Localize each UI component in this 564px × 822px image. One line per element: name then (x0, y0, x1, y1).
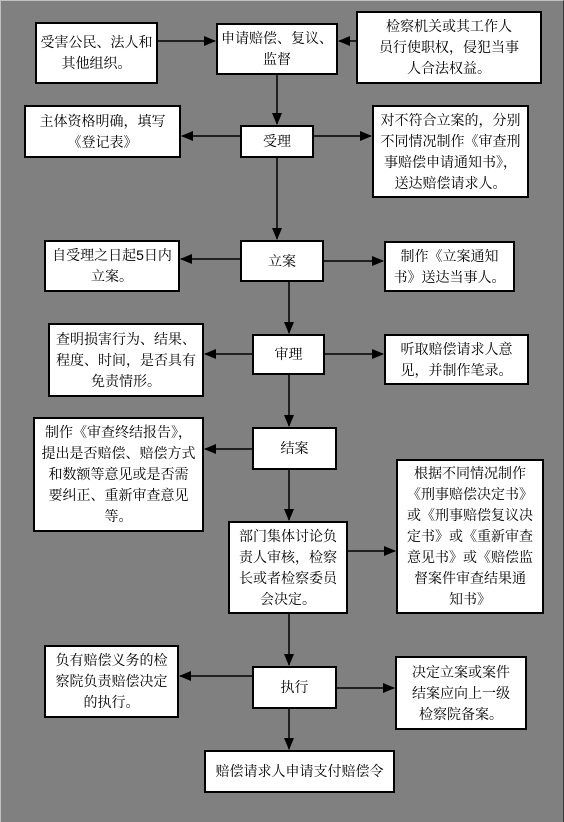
node-not-file-line: 对不符合立案的，分别 (381, 110, 521, 131)
node-org-infringe-line: 人合法权益。 (407, 58, 491, 79)
node-file-5days-line: 自受理之日起5日内 (52, 245, 172, 266)
node-report-line: 和数额等意见或是否需 (49, 464, 189, 485)
node-decision-docs-line: 督案件审查结果通 (414, 568, 526, 589)
node-record-line: 检察院备案。 (419, 704, 503, 725)
node-accept-line: 受理 (263, 131, 291, 152)
node-decision-docs-line: 《刑事赔偿决定书》 (407, 484, 533, 505)
node-hear-opinion-line: 见，并制作笔录。 (401, 360, 513, 381)
node-record: 决定立案或案件结案应向上一级检察院备案。 (395, 656, 527, 730)
node-file: 立案 (240, 240, 324, 282)
node-discuss: 部门集体讨论负责人审核，检察长或者检察委员会决定。 (228, 521, 348, 614)
node-discuss-line: 长或者检察委员 (239, 568, 337, 589)
node-record-line: 决定立案或案件 (412, 662, 510, 683)
node-close-line: 结案 (281, 438, 309, 459)
node-not-file: 对不符合立案的，分别不同情况制作《审查刑事赔偿申请通知书》，送达赔偿请求人。 (372, 105, 529, 198)
node-decision-docs: 根据不同情况制作《刑事赔偿决定书》或《刑事赔偿复议决定书》或《重新审查意见书》或… (396, 459, 544, 614)
node-not-file-line: 送达赔偿请求人。 (395, 173, 507, 194)
node-victims-line: 其他组织。 (62, 53, 132, 74)
node-apply-line: 申请赔偿、复议、 (221, 28, 333, 49)
node-not-file-line: 不同情况制作《审查刑 (381, 131, 521, 152)
node-qualification-line: 《登记表》 (68, 132, 138, 153)
node-review: 审理 (252, 334, 325, 375)
node-qualification: 主体资格明确，填写《登记表》 (24, 105, 181, 158)
node-decision-docs-line: 定书》或《重新审查 (407, 526, 533, 547)
node-investigate-line: 程度、时间，是否具有 (56, 350, 196, 371)
node-decision-docs-line: 根据不同情况制作 (414, 463, 526, 484)
node-accept: 受理 (240, 125, 314, 158)
node-victims-line: 受害公民、法人和 (41, 32, 153, 53)
flowchart-canvas: 受害公民、法人和其他组织。申请赔偿、复议、监督检察机关或其工作人员行使职权，侵犯… (0, 0, 564, 822)
node-execute-org: 负有赔偿义务的检察院负责赔偿决定的执行。 (44, 645, 179, 718)
node-org-infringe-line: 员行使职权，侵犯当事 (379, 37, 519, 58)
node-decision-docs-line: 或《刑事赔偿复议决 (407, 505, 533, 526)
node-record-line: 结案应向上一级 (412, 683, 510, 704)
node-org-infringe: 检察机关或其工作人员行使职权，侵犯当事人合法权益。 (356, 11, 542, 84)
node-discuss-line: 会决定。 (260, 589, 316, 610)
node-review-line: 审理 (275, 344, 303, 365)
node-execute: 执行 (252, 666, 337, 709)
node-report-line: 要纠正、重新审查意见 (49, 485, 189, 506)
node-file-notice-line: 制作《立案通知 (401, 246, 499, 267)
node-file-5days-line: 立案。 (91, 266, 133, 287)
node-report-line: 制作《审查终结报告》， (45, 422, 192, 443)
node-qualification-line: 主体资格明确，填写 (40, 111, 166, 132)
node-execute-org-line: 的执行。 (84, 692, 140, 713)
node-file-notice: 制作《立案通知书》送达当事人。 (384, 241, 515, 292)
node-investigate-line: 查明损害行为、结果、 (56, 329, 196, 350)
node-report: 制作《审查终结报告》，提出是否赔偿、赔偿方式和数额等意见或是否需要纠正、重新审查… (33, 417, 204, 532)
node-report-line: 提出是否赔偿、赔偿方式 (42, 443, 196, 464)
node-execute-org-line: 负有赔偿义务的检 (56, 650, 168, 671)
node-payment-order-line: 赔偿请求人申请支付赔偿令 (216, 761, 384, 782)
node-org-infringe-line: 检察机关或其工作人 (386, 16, 512, 37)
node-execute-line: 执行 (281, 677, 309, 698)
node-apply-line: 监督 (263, 49, 291, 70)
node-discuss-line: 部门集体讨论负 (239, 526, 337, 547)
node-decision-docs-line: 意见书》或《赔偿监 (407, 547, 533, 568)
node-not-file-line: 事赔偿申请通知书》， (384, 152, 517, 173)
node-decision-docs-line: 知书》 (449, 589, 491, 610)
node-file-line: 立案 (268, 251, 296, 272)
node-file-5days: 自受理之日起5日内立案。 (44, 240, 180, 292)
node-discuss-line: 责人审核，检察 (239, 547, 337, 568)
node-payment-order: 赔偿请求人申请支付赔偿令 (204, 750, 395, 793)
node-apply: 申请赔偿、复议、监督 (216, 23, 338, 75)
node-hear-opinion: 听取赔偿请求人意见，并制作笔录。 (384, 334, 529, 385)
node-close: 结案 (252, 427, 337, 470)
node-investigate: 查明损害行为、结果、程度、时间，是否具有免责情形。 (48, 323, 204, 397)
node-execute-org-line: 察院负责赔偿决定 (56, 671, 168, 692)
node-hear-opinion-line: 听取赔偿请求人意 (401, 339, 513, 360)
node-investigate-line: 免责情形。 (91, 371, 161, 392)
node-victims: 受害公民、法人和其他组织。 (35, 22, 158, 84)
node-report-line: 等。 (105, 506, 133, 527)
node-file-notice-line: 书》送达当事人。 (394, 267, 506, 288)
